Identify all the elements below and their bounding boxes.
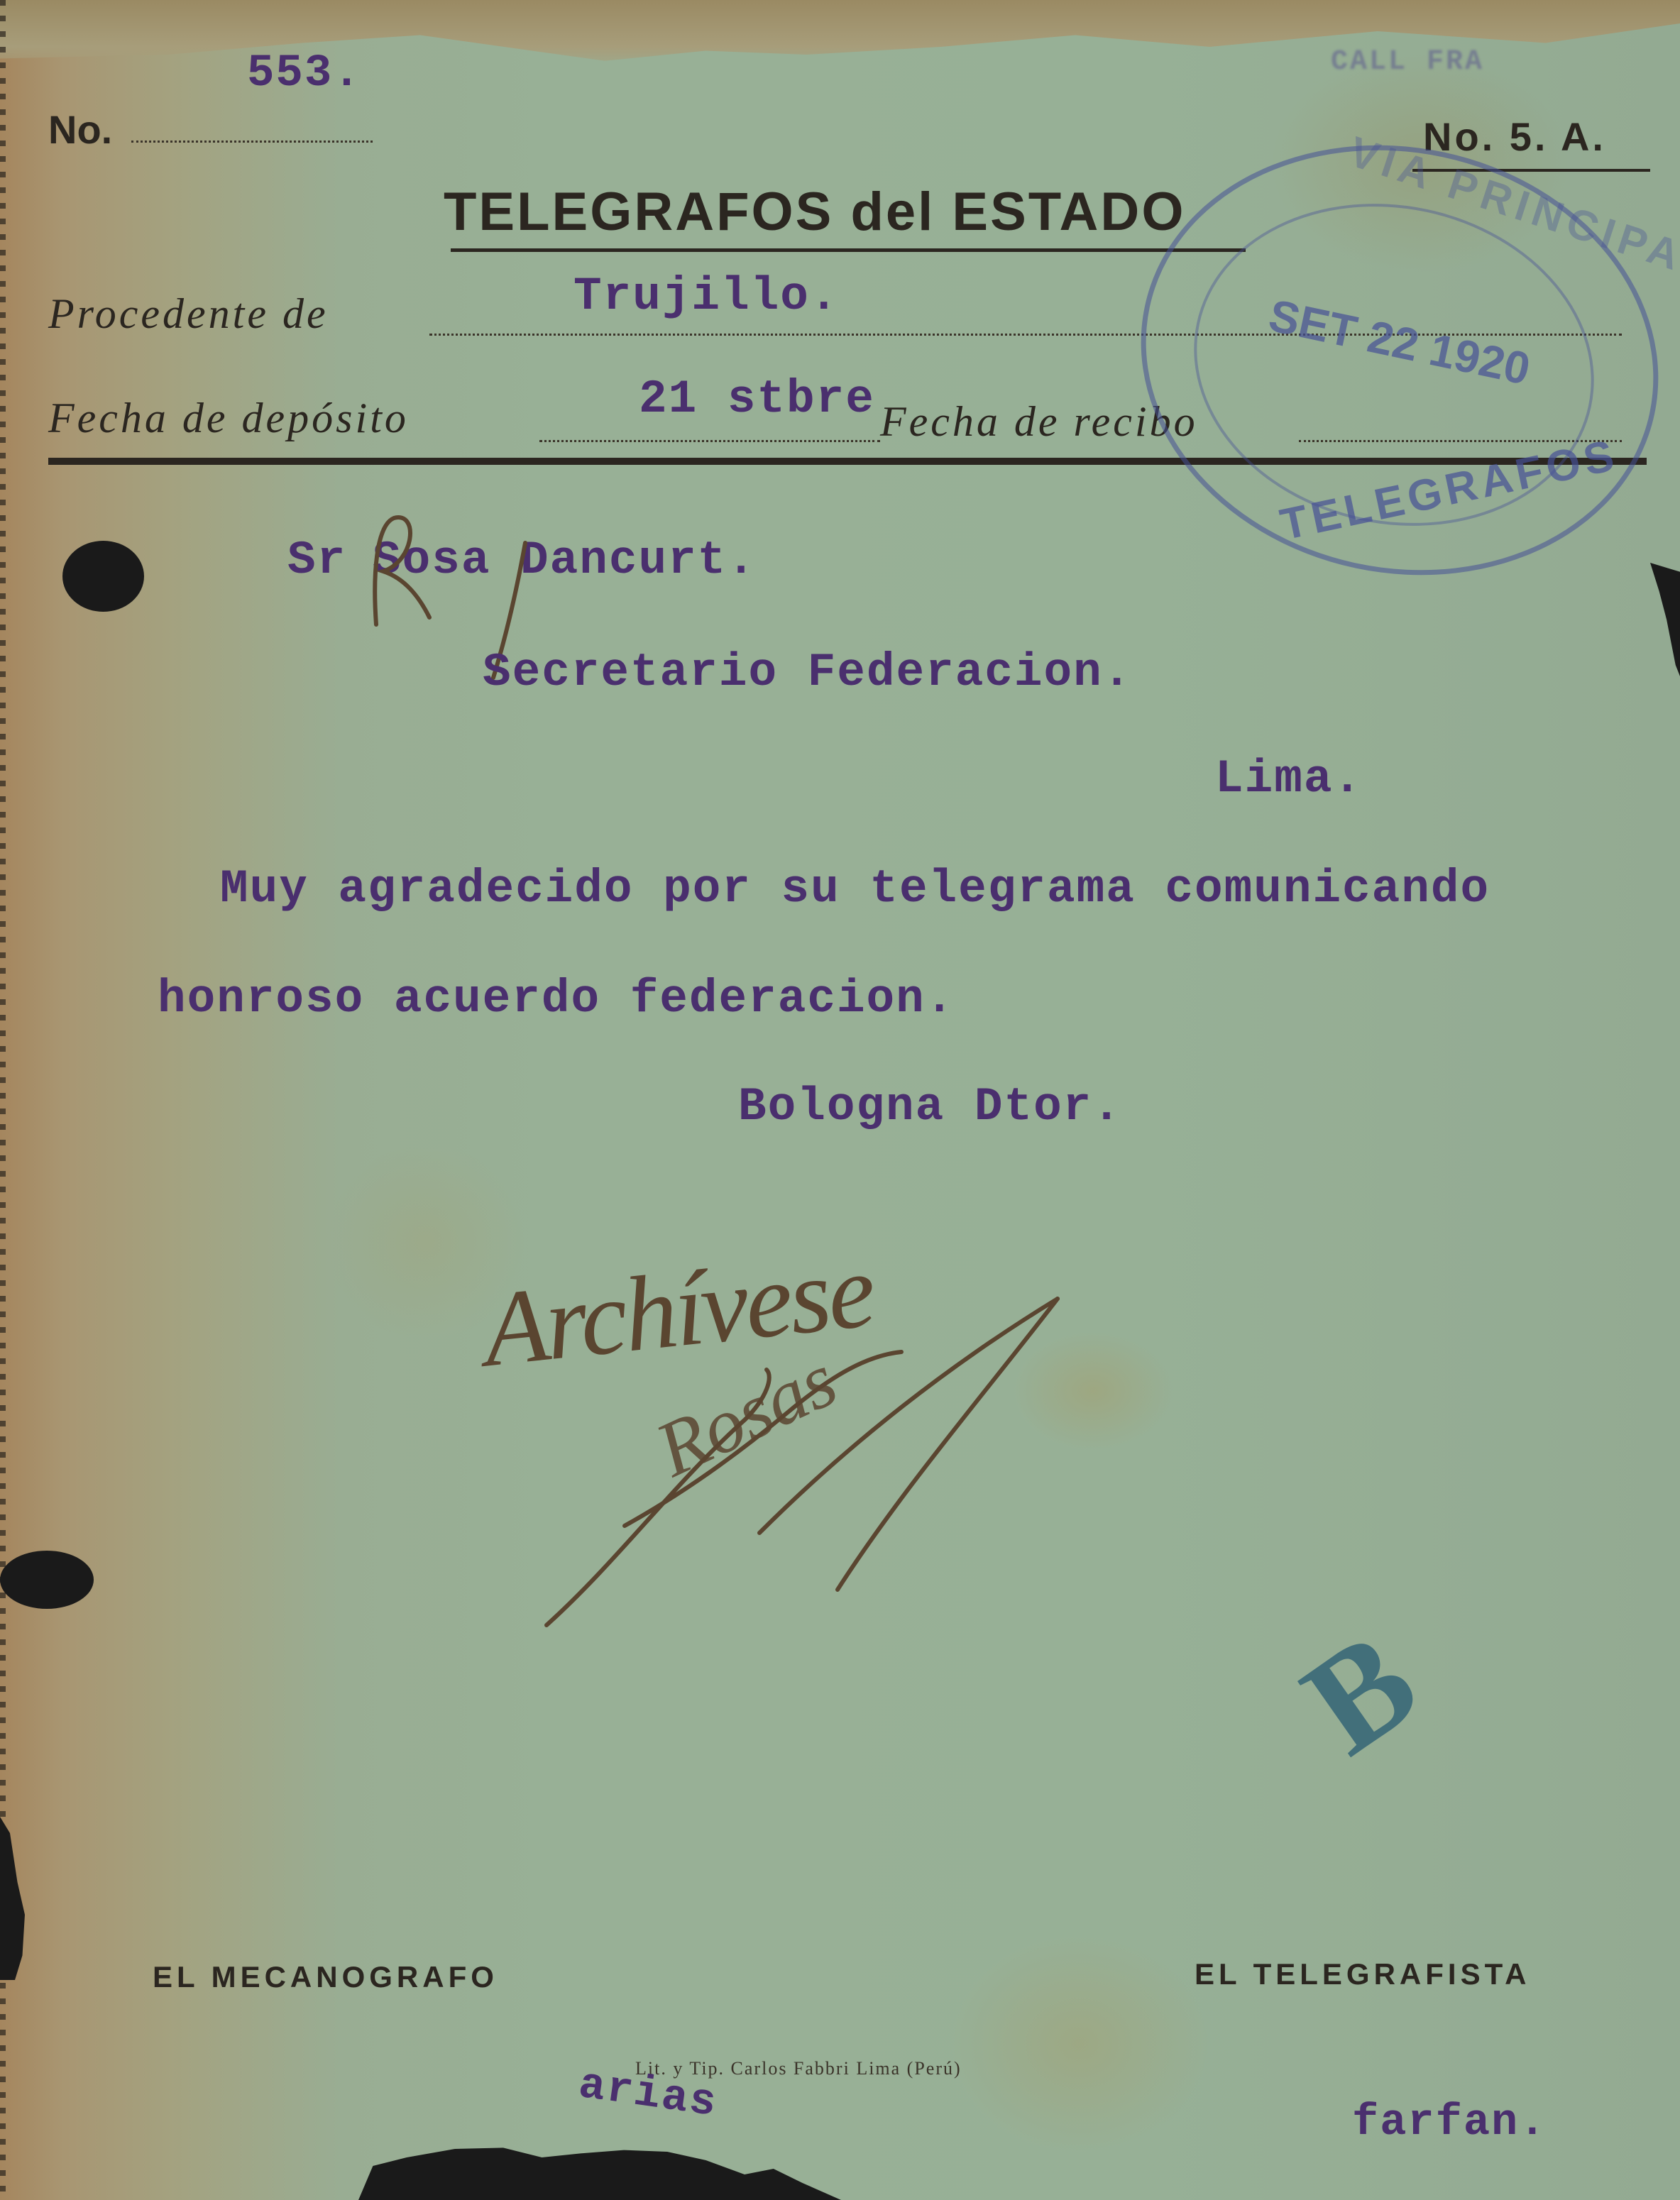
- form-code: No. 5. A.: [1423, 114, 1606, 160]
- number-dotted-line: [131, 141, 373, 143]
- number-label: No.: [48, 106, 112, 153]
- destination: Lima.: [1215, 752, 1363, 805]
- deposit-date-label: Fecha de depósito: [48, 394, 409, 443]
- receipt-date-label: Fecha de recibo: [880, 397, 1198, 446]
- punch-hole-top: [62, 541, 144, 612]
- title-underline: [451, 248, 1246, 252]
- punch-hole-bottom: [0, 1551, 94, 1609]
- faded-top-stamp: CALL FRA: [1331, 46, 1484, 78]
- deposit-date-dotted-line: [539, 440, 880, 442]
- handwritten-correction-r: [362, 511, 447, 632]
- typist-label: EL MECANOGRAFO: [153, 1960, 498, 1994]
- message-line-2: honroso acuerdo federacion.: [158, 972, 955, 1025]
- page-title: TELEGRAFOS del ESTADO: [444, 181, 1185, 243]
- origin-label: Procedente de: [48, 290, 329, 339]
- telegraphist-name: farfan.: [1352, 2097, 1547, 2147]
- sender-signature: Bologna Dtor.: [738, 1080, 1122, 1133]
- recipient-prefix: Sr: [287, 534, 346, 587]
- telegraphist-label: EL TELEGRAFISTA: [1195, 1957, 1530, 1991]
- origin-value: Trujillo.: [573, 270, 839, 323]
- recipient-title: Secretario Federacion.: [483, 646, 1132, 699]
- message-line-1: Muy agradecido por su telegrama comunica…: [220, 862, 1490, 915]
- telegram-number: 553.: [247, 48, 362, 99]
- deposit-date-value: 21 stbre: [639, 373, 875, 426]
